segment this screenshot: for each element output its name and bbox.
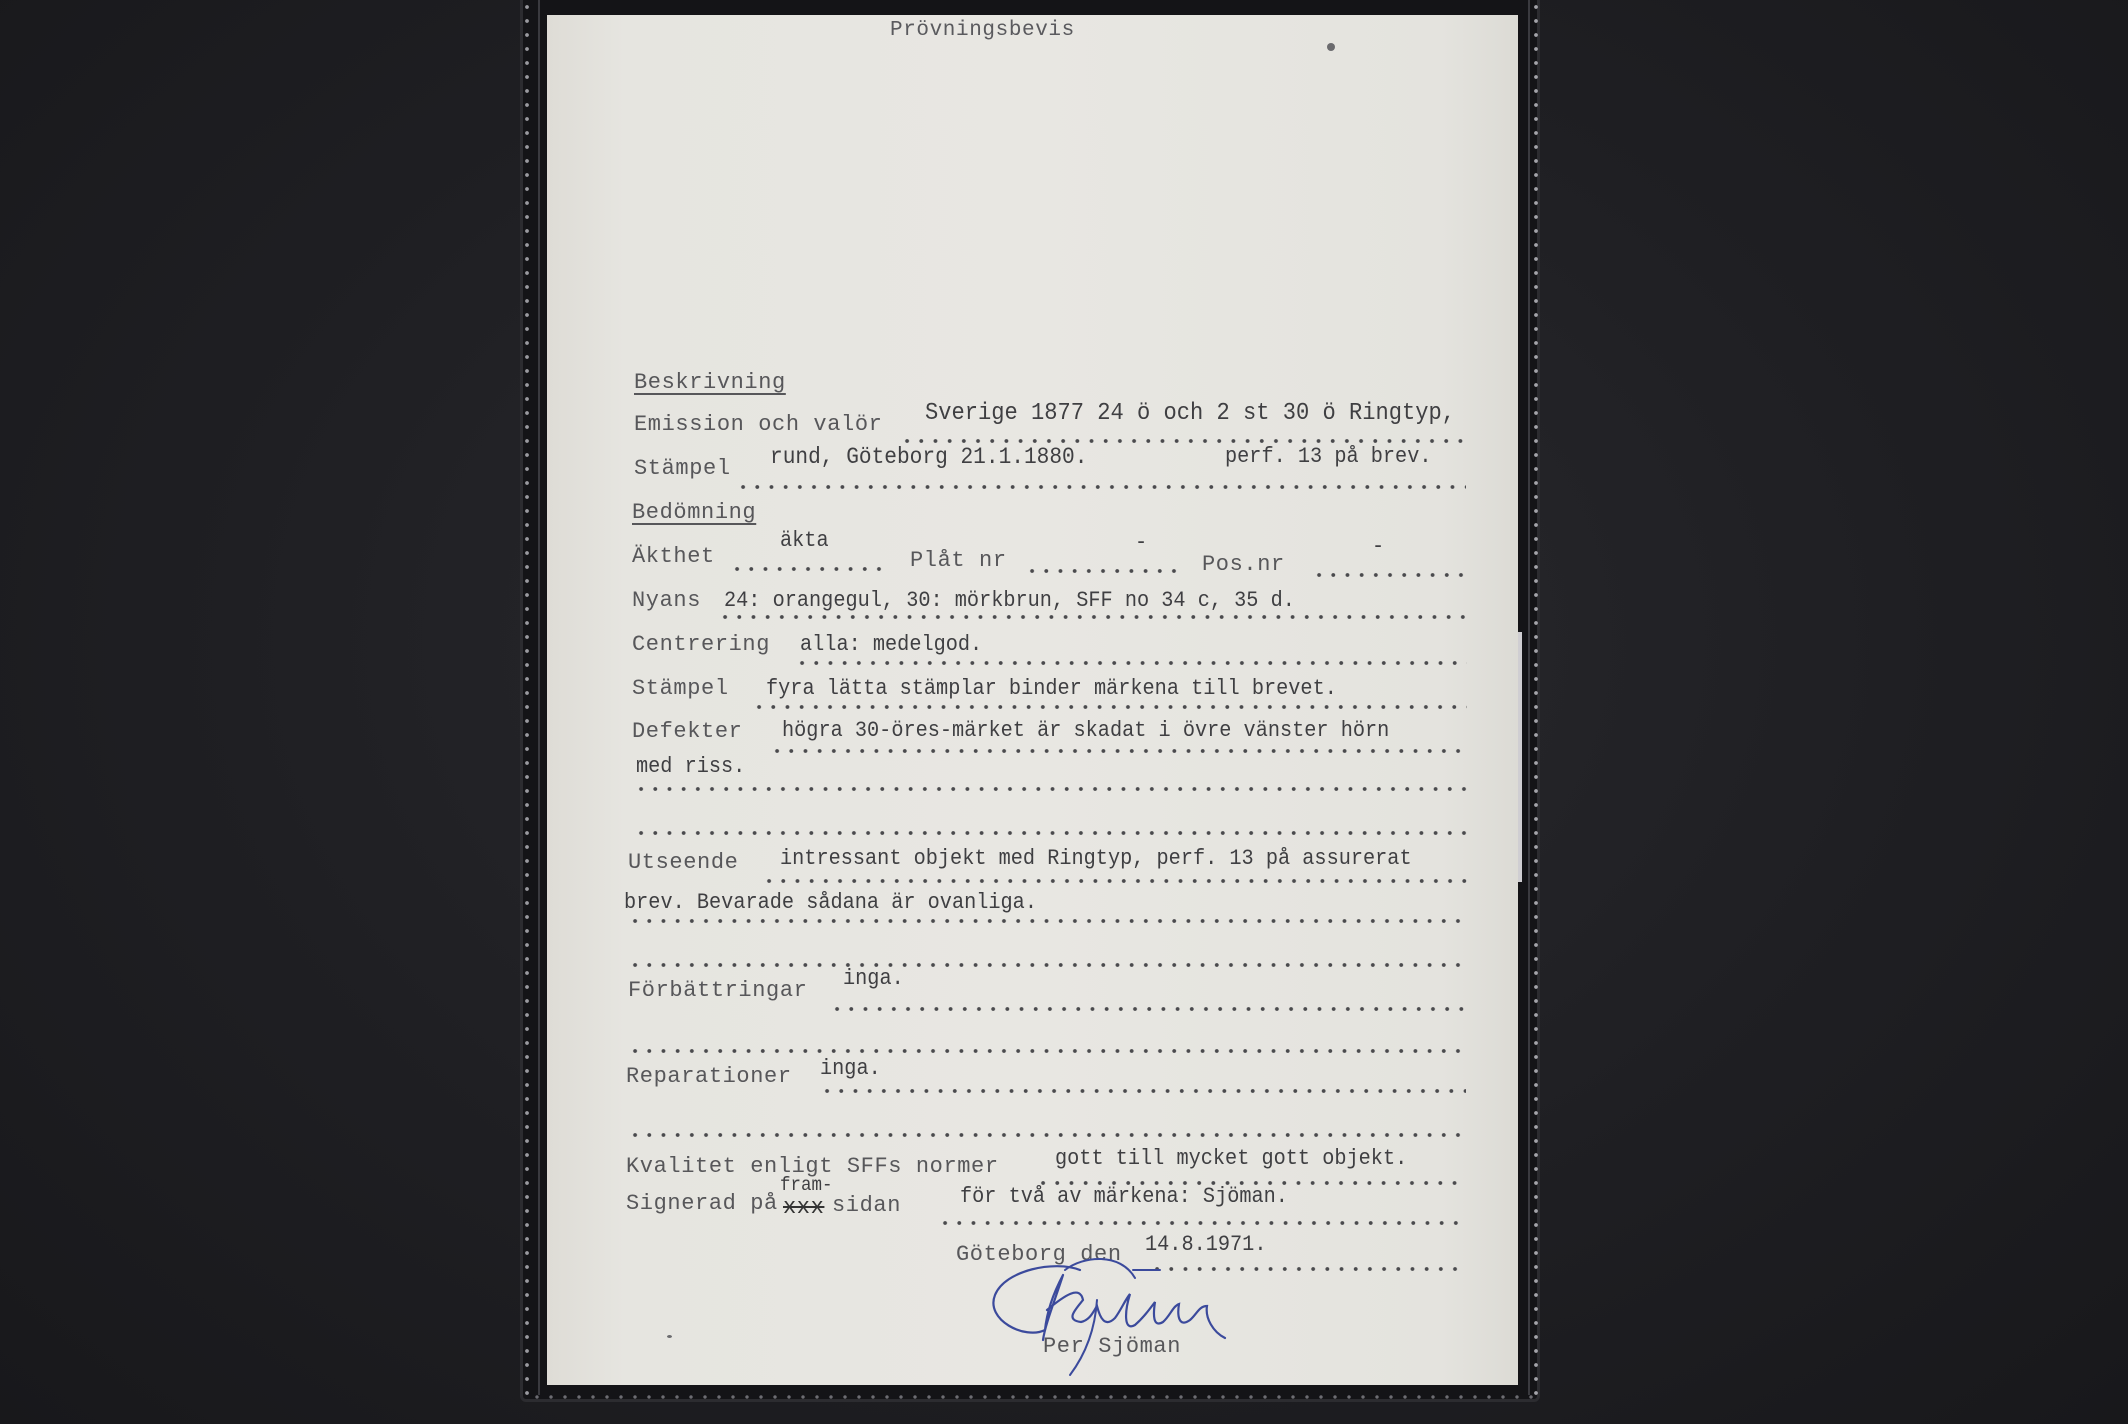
label-postmark: Stämpel	[632, 678, 729, 700]
label-defects: Defekter	[632, 721, 742, 743]
label-repairs: Reparationer	[626, 1066, 792, 1088]
section-heading-assessment: Bedömning	[632, 502, 756, 524]
value-pos-nr: -	[1372, 536, 1384, 558]
label-authenticity: Äkthet	[632, 546, 715, 568]
label-signed-insert: fram-	[780, 1176, 832, 1195]
dotted-leader	[634, 786, 1467, 792]
dotted-leader	[628, 918, 1468, 924]
sleeve-edge	[538, 0, 540, 1395]
value-quality: gott till mycket gott objekt.	[1055, 1148, 1407, 1170]
dotted-leader	[762, 878, 1467, 884]
value-defects-cont: med riss.	[636, 756, 745, 778]
paper-speck	[1327, 43, 1335, 51]
sleeve-stitching-right	[1533, 0, 1539, 1400]
label-plate-nr: Plåt nr	[910, 550, 1007, 572]
dotted-leader-blank	[634, 830, 1467, 836]
value-centering: alla: medelgod.	[800, 634, 982, 656]
dotted-leader	[770, 748, 1467, 754]
dotted-leader-blank	[628, 962, 1468, 968]
sleeve-edge	[1528, 0, 1530, 1395]
dotted-leader	[1025, 568, 1185, 574]
value-authenticity: äkta	[780, 530, 829, 552]
value-appearance: intressant objekt med Ringtyp, perf. 13 …	[780, 848, 1412, 870]
label-signed-end: sidan	[832, 1195, 901, 1217]
value-shade: 24: orangegul, 30: mörkbrun, SFF no 34 c…	[724, 590, 1295, 612]
value-defects: högra 30-öres-märket är skadat i övre vä…	[782, 720, 1389, 742]
dotted-leader	[820, 1088, 1466, 1094]
value-repairs: inga.	[820, 1058, 881, 1080]
label-improvements: Förbättringar	[628, 980, 807, 1002]
dotted-leader	[718, 614, 1466, 620]
dotted-leader-blank	[628, 1132, 1466, 1138]
document-title: Prövningsbevis	[890, 20, 1075, 41]
dotted-leader	[938, 1220, 1466, 1226]
handwritten-signature	[985, 1240, 1305, 1380]
label-pos-nr: Pos.nr	[1202, 554, 1285, 576]
value-improvements: inga.	[843, 968, 904, 990]
value-emission: Sverige 1877 24 ö och 2 st 30 ö Ringtyp,	[925, 402, 1455, 426]
value-appearance-cont: brev. Bevarade sådana är ovanliga.	[624, 892, 1037, 914]
dotted-leader	[1312, 572, 1467, 578]
label-emission: Emission och valör	[634, 414, 882, 436]
label-postmark-description: Stämpel	[634, 458, 731, 480]
value-postmark-description-cont: perf. 13 på brev.	[1225, 446, 1431, 468]
paper-speck	[667, 1335, 672, 1338]
label-signed: Signerad på	[626, 1193, 778, 1215]
value-postmark: fyra lätta stämplar binder märkena till …	[766, 678, 1337, 700]
dotted-leader	[736, 484, 1466, 490]
value-postmark-description: rund, Göteborg 21.1.1880.	[770, 446, 1087, 469]
dotted-leader	[752, 704, 1467, 710]
dotted-leader	[830, 1006, 1467, 1012]
value-plate-nr: -	[1135, 532, 1147, 554]
section-heading-description: Beskrivning	[634, 372, 786, 394]
label-appearance: Utseende	[628, 852, 738, 874]
label-shade: Nyans	[632, 590, 701, 612]
dotted-leader	[795, 660, 1467, 666]
sleeve-stitching-bottom	[530, 1394, 1534, 1400]
dotted-leader-blank	[628, 1048, 1468, 1054]
label-centering: Centrering	[632, 634, 770, 656]
value-signed: för två av märkena: Sjöman.	[960, 1186, 1288, 1208]
dotted-leader	[730, 566, 890, 572]
sleeve-stitching-left	[524, 0, 530, 1400]
label-signed-struck: xxx	[783, 1197, 824, 1219]
